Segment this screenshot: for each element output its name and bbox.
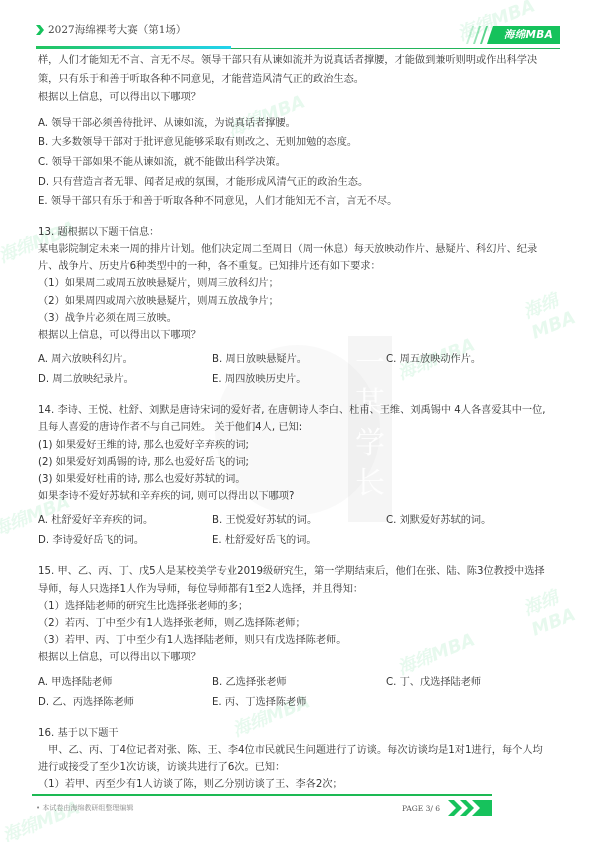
chevron-right-icon bbox=[36, 25, 44, 35]
brand-logo: 海绵MBA bbox=[460, 26, 560, 44]
question-title: 16. 基于以下题干 bbox=[38, 725, 560, 742]
answer-option-d: D. 李诗爱好岳飞的词。 bbox=[38, 531, 212, 551]
question-stem: 14. 李诗、王悦、杜舒、刘默是唐诗宋词的爱好者, 在唐朝诗人李白、杜甫、王维、… bbox=[38, 402, 560, 419]
question-stem: 策，只有乐于和善于听取各种不同意见，才能营造风清气正的政治生态。 bbox=[38, 71, 560, 90]
answer-option-b: B. 周日放映悬疑片。 bbox=[212, 350, 386, 370]
question-condition: (3) 如果爱好杜甫的诗, 那么也爱好苏轼的词。 bbox=[38, 471, 560, 488]
question-condition: （1）若甲、丙至少有1人访谈了陈，则乙分别访谈了王、李各2次； bbox=[38, 776, 560, 793]
answer-option-a: A. 周六放映科幻片。 bbox=[38, 350, 212, 370]
question-stem: 15. 甲、乙、丙、丁、戊5人是某校美学专业2019级研究生，第一学期结束后，他… bbox=[38, 563, 560, 580]
question-title: 13. 题根据以下题干信息： bbox=[38, 224, 560, 241]
question-prompt: 如果李诗不爱好苏轼和辛弃疾的词, 则可以得出以下哪项? bbox=[38, 488, 560, 505]
question-stem: 甲、乙、丙、丁4位记者对张、陈、王、李4位市民就民生问题进行了访谈。每次访谈均是… bbox=[38, 742, 560, 759]
exam-content: 样，人们才能知无不言、言无不尽。领导干部只有从谏如流并为说真话者撑腰，才能做到兼… bbox=[38, 52, 560, 793]
page-header: 2027海绵裸考大赛（第1场） 海绵MBA bbox=[36, 14, 560, 48]
brand-watermark: 海绵MBA bbox=[0, 794, 83, 842]
answer-option-a: A. 甲选择陆老师 bbox=[38, 673, 212, 693]
question-prompt: 根据以上信息，可以得出以下哪项？ bbox=[38, 89, 560, 108]
answer-option-e: E. 杜舒爱好岳飞的词。 bbox=[212, 531, 386, 551]
question-condition: （3）战争片必须在周三放映。 bbox=[38, 310, 560, 327]
answer-option-d: D. 只有营造言者无罪、闻者足戒的氛围，才能形成风清气正的政治生态。 bbox=[38, 173, 560, 193]
footer-note: • 本试卷由海绵教研组整理编辑 bbox=[36, 803, 133, 813]
question-16: 16. 基于以下题干 甲、乙、丙、丁4位记者对张、陈、王、李4位市民就民生问题进… bbox=[38, 725, 560, 794]
question-prompt: 根据以上信息，可以得出以下哪项？ bbox=[38, 649, 560, 666]
exam-title: 2027海绵裸考大赛（第1场） bbox=[48, 22, 186, 37]
answer-option-d: D. 乙、丙选择陈老师 bbox=[38, 693, 212, 713]
header-gradient-rule bbox=[36, 46, 231, 49]
answer-option-b: B. 大多数领导干部对于批评意见能够采取有则改之、无则加勉的态度。 bbox=[38, 133, 560, 153]
footer-rule bbox=[32, 794, 492, 796]
question-14: 14. 李诗、王悦、杜舒、刘默是唐诗宋词的爱好者, 在唐朝诗人李白、杜甫、王维、… bbox=[38, 402, 560, 551]
question-15: 15. 甲、乙、丙、丁、戊5人是某校美学专业2019级研究生，第一学期结束后，他… bbox=[38, 563, 560, 712]
answer-option-c: C. 领导干部如果不能从谏如流，就不能做出科学决策。 bbox=[38, 153, 560, 173]
brand-name: 海绵MBA bbox=[494, 26, 560, 44]
answer-options: A. 周六放映科幻片。 B. 周日放映悬疑片。 C. 周五放映动作片。 D. 周… bbox=[38, 350, 560, 390]
header-rule bbox=[231, 48, 560, 49]
question-condition: （2）若丙、丁中至少有1人选择张老师，则乙选择陈老师； bbox=[38, 615, 560, 632]
question-13: 13. 题根据以下题干信息： 某电影院制定未来一周的排片计划。他们决定周二至周日… bbox=[38, 224, 560, 390]
answer-option-c: C. 周五放映动作片。 bbox=[386, 350, 560, 370]
question-stem: 导师，每人只选择1人作为导师，每位导师都有1至2人选择，并且得知： bbox=[38, 581, 560, 598]
question-stem: 片、战争片、历史片6种类型中的一种，各不重复。已知排片还有如下要求： bbox=[38, 258, 560, 275]
question-condition: （3）若甲、丙、丁中至少有1人选择陆老师，则只有戊选择陈老师。 bbox=[38, 632, 560, 649]
question-prompt: 根据以上信息，可以得出以下哪项？ bbox=[38, 327, 560, 344]
answer-option-e: E. 领导干部只有乐于和善于听取各种不同意见，人们才能知无不言，言无不尽。 bbox=[38, 192, 560, 212]
answer-option-d: D. 周二放映纪录片。 bbox=[38, 370, 212, 390]
question-condition: （1）如果周二或周五放映悬疑片，则周三放科幻片； bbox=[38, 275, 560, 292]
answer-option-e: E. 丙、丁选择陈老师 bbox=[212, 693, 386, 713]
question-condition: （2）如果周四或周六放映悬疑片，则周五放战争片； bbox=[38, 293, 560, 310]
answer-option-b: B. 乙选择张老师 bbox=[212, 673, 386, 693]
answer-option-b: B. 王悦爱好苏轼的词。 bbox=[212, 511, 386, 531]
answer-option-a: A. 杜舒爱好辛弃疾的词。 bbox=[38, 511, 212, 531]
answer-option-c: C. 丁、戊选择陆老师 bbox=[386, 673, 560, 693]
header-title-group: 2027海绵裸考大赛（第1场） bbox=[36, 22, 186, 37]
answer-option-e: E. 周四放映历史片。 bbox=[212, 370, 386, 390]
answer-options: A. 杜舒爱好辛弃疾的词。 B. 王悦爱好苏轼的词。 C. 刘默爱好苏轼的词。 … bbox=[38, 511, 560, 551]
question-12-tail: 样，人们才能知无不言、言无不尽。领导干部只有从谏如流并为说真话者撑腰，才能做到兼… bbox=[38, 52, 560, 212]
double-chevron-icon bbox=[444, 800, 492, 816]
question-condition: (2) 如果爱好刘禹锡的诗, 那么也爱好岳飞的词; bbox=[38, 454, 560, 471]
question-stem: 某电影院制定未来一周的排片计划。他们决定周二至周日（周一休息）每天放映动作片、悬… bbox=[38, 241, 560, 258]
answer-option-a: A. 领导干部必须善待批评、从谏如流，为说真话者撑腰。 bbox=[38, 114, 560, 134]
question-condition: (1) 如果爱好王维的诗, 那么也爱好辛弃疾的词; bbox=[38, 437, 560, 454]
question-stem: 进行或接受了至少1次访谈，访谈共进行了6次。已知： bbox=[38, 759, 560, 776]
page-indicator: PAGE 3/ 6 bbox=[402, 804, 440, 813]
stripes-icon bbox=[460, 26, 494, 44]
question-stem: 样，人们才能知无不言、言无不尽。领导干部只有从谏如流并为说真话者撑腰，才能做到兼… bbox=[38, 52, 560, 71]
question-stem: 且每人喜爱的唐诗作者不与自己同姓。 关于他们4人, 已知: bbox=[38, 419, 560, 436]
answer-option-c: C. 刘默爱好苏轼的词。 bbox=[386, 511, 560, 531]
answer-options: A. 甲选择陆老师 B. 乙选择张老师 C. 丁、戊选择陆老师 D. 乙、丙选择… bbox=[38, 673, 560, 713]
question-condition: （1）选择陆老师的研究生比选择张老师的多； bbox=[38, 598, 560, 615]
